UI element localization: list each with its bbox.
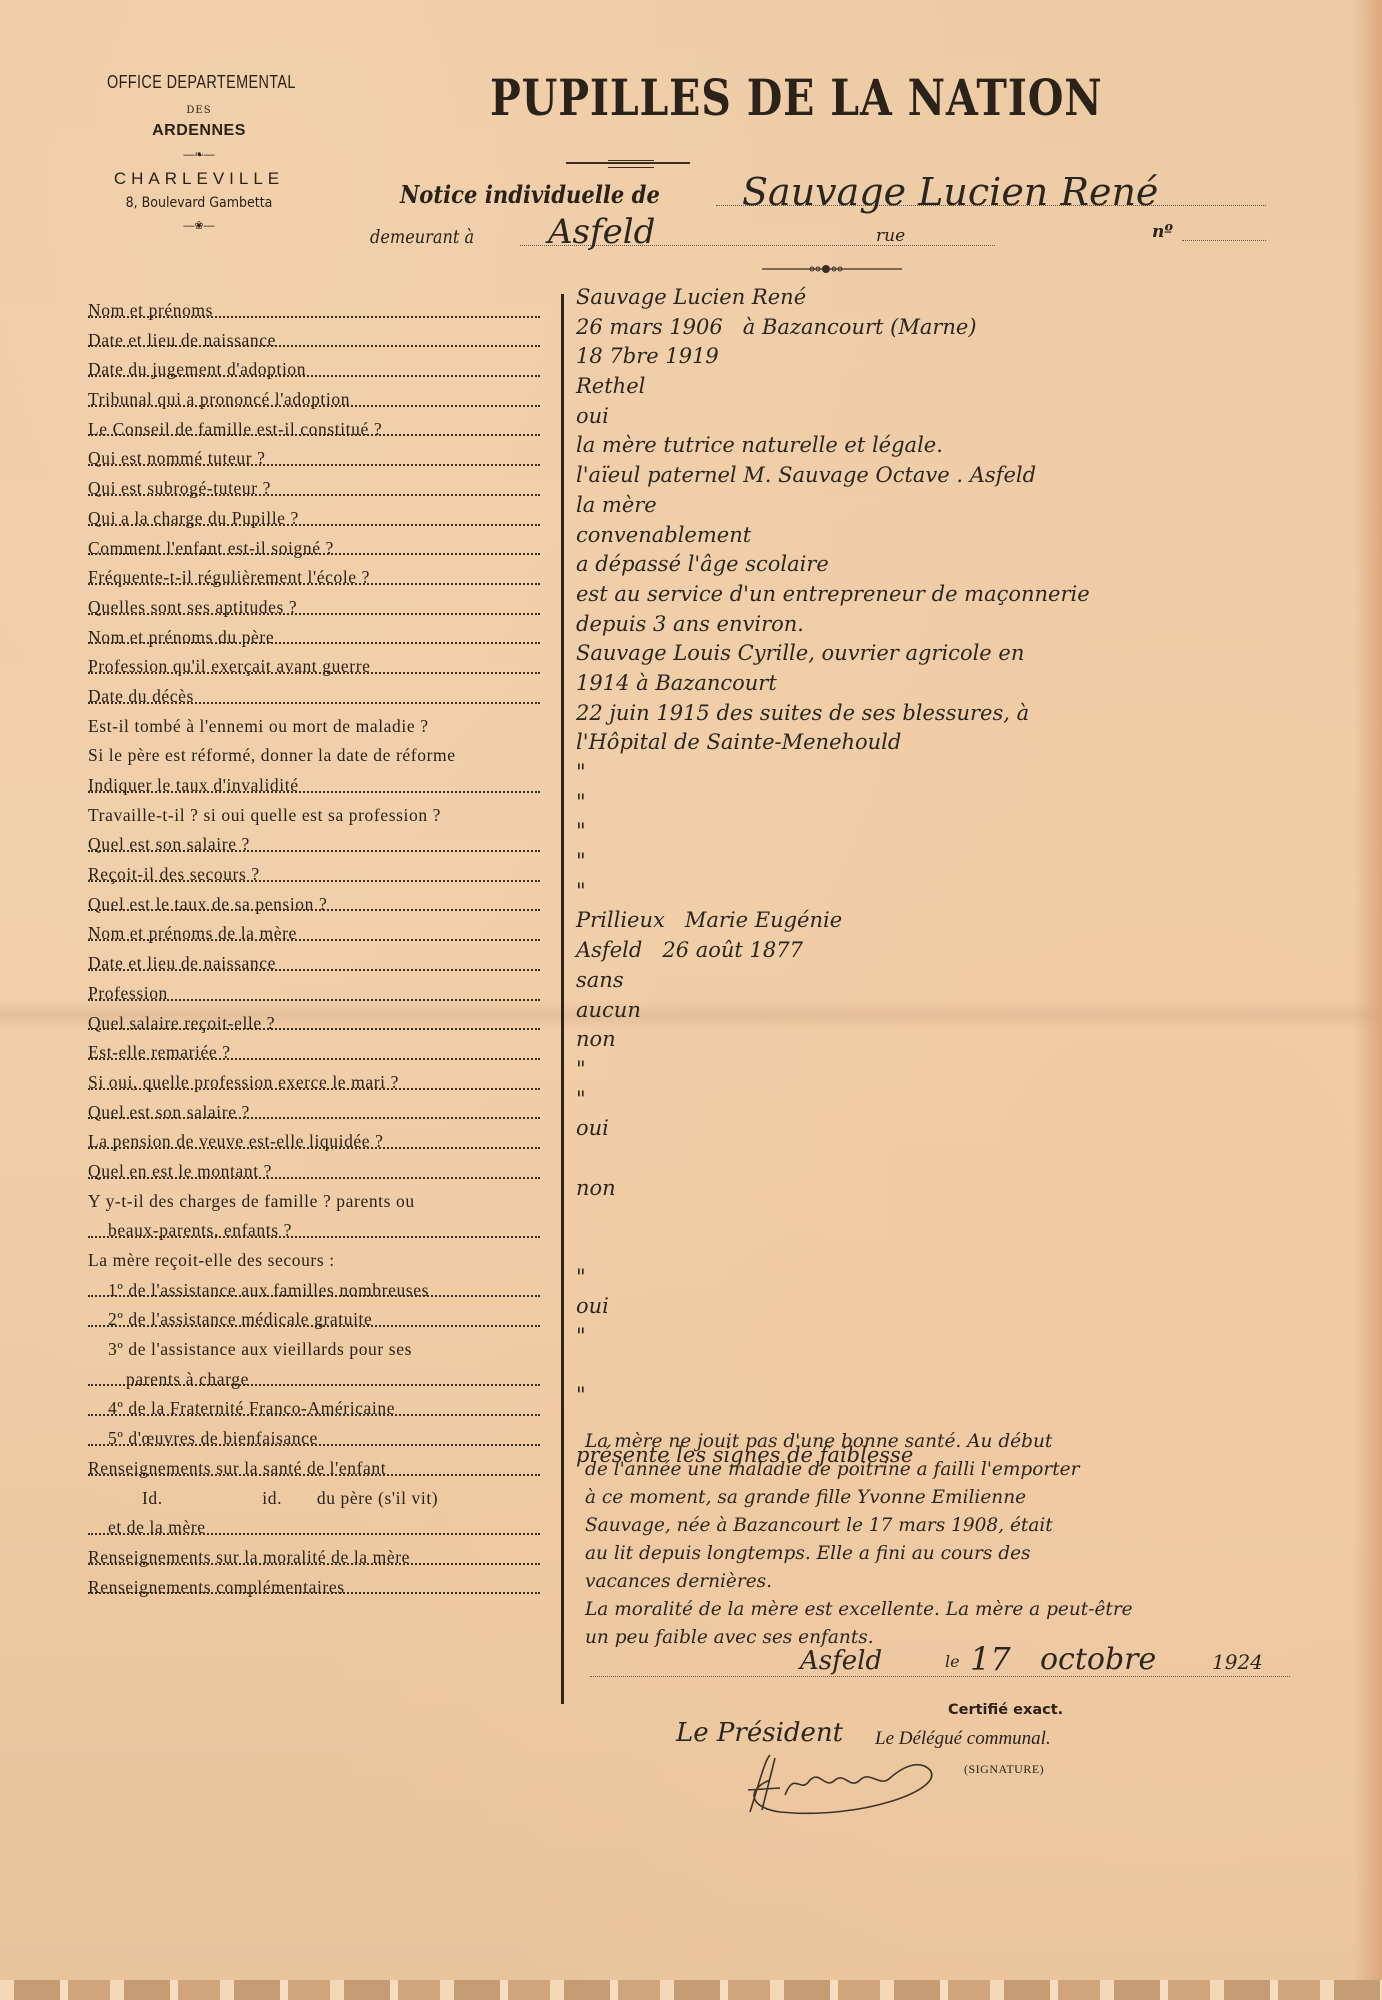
label-text: Id. id. du père (s'il vit) bbox=[142, 1488, 442, 1508]
form-field-answer[interactable]: la mère bbox=[576, 491, 1316, 521]
form-field-answer[interactable]: 26 mars 1906 à Bazancourt (Marne) bbox=[576, 313, 1316, 343]
complementary-notes[interactable]: La mère ne jouit pas d'une bonne santé. … bbox=[585, 1428, 1345, 1652]
form-field-label: Id. id. du père (s'il vit) bbox=[88, 1484, 540, 1514]
label-text: Nom et prénoms du père bbox=[88, 627, 278, 647]
complementary-line: à ce moment, sa grande fille Yvonne Emil… bbox=[585, 1484, 1345, 1512]
form-field-label: beaux-parents, enfants ? bbox=[88, 1216, 540, 1246]
form-field-label: Fréquente-t-il régulièrement l'école ? bbox=[88, 563, 540, 593]
form-field-label: 4º de la Fraternité Franco-Américaine bbox=[88, 1394, 540, 1424]
label-text: Indiquer le taux d'invalidité bbox=[88, 775, 303, 795]
form-labels: Nom et prénomsDate et lieu de naissanceD… bbox=[88, 296, 540, 1602]
complementary-line: de l'année une maladie de poitrine a fai… bbox=[585, 1456, 1345, 1484]
notice-label: Notice individuelle de bbox=[400, 180, 660, 209]
form-field-label: Si le père est réformé, donner la date d… bbox=[88, 741, 540, 771]
label-text: parents à charge bbox=[126, 1369, 253, 1389]
form-field-answer[interactable]: est au service d'un entrepreneur de maço… bbox=[576, 580, 1316, 610]
form-field-answer[interactable]: " bbox=[576, 1055, 1316, 1085]
form-field-answer[interactable]: " bbox=[576, 847, 1316, 877]
form-field-answer[interactable]: a dépassé l'âge scolaire bbox=[576, 550, 1316, 580]
form-field-label: Le Conseil de famille est-il constitué ? bbox=[88, 415, 540, 445]
label-text: Quelles sont ses aptitudes ? bbox=[88, 597, 301, 617]
form-field-label: Renseignements sur la santé de l'enfant bbox=[88, 1454, 540, 1484]
label-text: beaux-parents, enfants ? bbox=[108, 1220, 296, 1240]
label-text: Quel est son salaire ? bbox=[88, 834, 254, 854]
form-field-label: Quel en est le montant ? bbox=[88, 1157, 540, 1187]
label-text: Profession bbox=[88, 983, 172, 1003]
label-text: Qui a la charge du Pupille ? bbox=[88, 508, 303, 528]
form-field-label: Date et lieu de naissance bbox=[88, 326, 540, 356]
form-field-label: Date du jugement d'adoption bbox=[88, 355, 540, 385]
numero-field-line bbox=[1182, 240, 1266, 241]
label-text: Quel est son salaire ? bbox=[88, 1102, 254, 1122]
office-des: DES bbox=[84, 105, 314, 116]
label-text: Comment l'enfant est-il soigné ? bbox=[88, 538, 338, 558]
form-field-answer[interactable]: la mère tutrice naturelle et légale. bbox=[576, 431, 1316, 461]
label-text: Date et lieu de naissance bbox=[88, 330, 280, 350]
label-text: Qui est nommé tuteur ? bbox=[88, 448, 269, 468]
form-field-answer[interactable]: depuis 3 ans environ. bbox=[576, 610, 1316, 640]
form-field-label: Nom et prénoms du père bbox=[88, 623, 540, 653]
form-field-answer[interactable]: aucun bbox=[576, 996, 1316, 1026]
form-field-answer[interactable]: Sauvage Louis Cyrille, ouvrier agricole … bbox=[576, 639, 1316, 669]
form-field-answer[interactable]: Asfeld 26 août 1877 bbox=[576, 936, 1316, 966]
ornament-icon: —❀— bbox=[84, 219, 314, 232]
president-signature-title: Le Président bbox=[676, 1718, 843, 1748]
complementary-line: vacances dernières. bbox=[585, 1568, 1345, 1596]
form-field-answer[interactable]: " bbox=[576, 1322, 1316, 1352]
label-text: 1º de l'assistance aux familles nombreus… bbox=[108, 1280, 433, 1300]
form-field-label: Renseignements sur la moralité de la mèr… bbox=[88, 1543, 540, 1573]
form-field-answer[interactable]: non bbox=[576, 1174, 1316, 1204]
date-field-line bbox=[590, 1676, 1290, 1677]
label-text: 4º de la Fraternité Franco-Américaine bbox=[108, 1398, 399, 1418]
title-divider-knot bbox=[608, 160, 654, 168]
form-field-label: La mère reçoit-elle des secours : bbox=[88, 1246, 540, 1276]
form-field-answer[interactable] bbox=[576, 1352, 1316, 1382]
signature-label: (SIGNATURE) bbox=[964, 1762, 1044, 1777]
form-field-label: Tribunal qui a prononcé l'adoption bbox=[88, 385, 540, 415]
certified-label: Certifié exact. bbox=[948, 1702, 1063, 1718]
form-field-answer[interactable]: " bbox=[576, 1381, 1316, 1411]
form-field-label: Comment l'enfant est-il soigné ? bbox=[88, 534, 540, 564]
column-divider bbox=[561, 294, 564, 1704]
complementary-line: un peu faible avec ses enfants. bbox=[585, 1624, 1345, 1652]
form-field-answer[interactable]: " bbox=[576, 758, 1316, 788]
form-field-answer[interactable]: non bbox=[576, 1025, 1316, 1055]
label-text: La mère reçoit-elle des secours : bbox=[88, 1250, 339, 1270]
label-text: Tribunal qui a prononcé l'adoption bbox=[88, 389, 354, 409]
office-name: OFFICE DEPARTEMENTAL bbox=[107, 72, 291, 93]
form-field-answer[interactable]: oui bbox=[576, 1114, 1316, 1144]
form-field-answer[interactable] bbox=[576, 1233, 1316, 1263]
demeurant-city-field[interactable]: Asfeld bbox=[548, 212, 655, 252]
label-text: La pension de veuve est-elle liquidée ? bbox=[88, 1131, 388, 1151]
label-text: Renseignements sur la santé de l'enfant bbox=[88, 1458, 390, 1478]
form-field-answer[interactable]: Sauvage Lucien René bbox=[576, 283, 1316, 313]
label-text: Nom et prénoms bbox=[88, 300, 217, 320]
label-text: Y y-t-il des charges de famille ? parent… bbox=[88, 1191, 419, 1211]
form-field-answer[interactable]: sans bbox=[576, 966, 1316, 996]
demeurant-label: demeurant à bbox=[370, 226, 474, 248]
label-text: Date du jugement d'adoption bbox=[88, 359, 310, 379]
label-text: Date et lieu de naissance bbox=[88, 953, 280, 973]
form-field-label: Quel salaire reçoit-elle ? bbox=[88, 1009, 540, 1039]
label-text: Renseignements sur la moralité de la mèr… bbox=[88, 1547, 414, 1567]
form-field-label: Qui est subrogé-tuteur ? bbox=[88, 474, 540, 504]
form-field-label: et de la mère bbox=[88, 1513, 540, 1543]
complementary-line: La mère ne jouit pas d'une bonne santé. … bbox=[585, 1428, 1345, 1456]
form-field-label: Profession qu'il exerçait avant guerre bbox=[88, 652, 540, 682]
form-field-label: Quelles sont ses aptitudes ? bbox=[88, 593, 540, 623]
form-field-answer[interactable]: Prillieux Marie Eugénie bbox=[576, 906, 1316, 936]
scan-edge bbox=[0, 1980, 1382, 2000]
form-field-label: Qui a la charge du Pupille ? bbox=[88, 504, 540, 534]
form-field-label: Date et lieu de naissance bbox=[88, 949, 540, 979]
notice-name-field[interactable]: Sauvage Lucien René bbox=[742, 170, 1158, 214]
form-field-answer[interactable]: " bbox=[576, 877, 1316, 907]
ornament-icon: —❧— bbox=[84, 148, 314, 161]
label-text: Le Conseil de famille est-il constitué ? bbox=[88, 419, 386, 439]
form-field-label: La pension de veuve est-elle liquidée ? bbox=[88, 1127, 540, 1157]
delegate-label: Le Délégué communal. bbox=[875, 1728, 1051, 1750]
form-field-label: Profession bbox=[88, 979, 540, 1009]
label-text: 5º d'œuvres de bienfaisance bbox=[108, 1428, 322, 1448]
office-department: ARDENNES bbox=[84, 122, 314, 140]
form-field-label: Nom et prénoms bbox=[88, 296, 540, 326]
form-field-label: Travaille-t-il ? si oui quelle est sa pr… bbox=[88, 801, 540, 831]
form-field-answer[interactable]: oui bbox=[576, 1292, 1316, 1322]
form-field-label: Qui est nommé tuteur ? bbox=[88, 444, 540, 474]
form-field-answer[interactable]: l'Hôpital de Sainte-Menehould bbox=[576, 728, 1316, 758]
form-field-answer[interactable]: " bbox=[576, 817, 1316, 847]
form-field-label: Quel est son salaire ? bbox=[88, 1098, 540, 1128]
label-text: Est-il tombé à l'ennemi ou mort de malad… bbox=[88, 716, 433, 736]
form-field-answer[interactable]: convenablement bbox=[576, 521, 1316, 551]
form-field-answer[interactable]: l'aïeul paternel M. Sauvage Octave . Asf… bbox=[576, 461, 1316, 491]
form-field-answer[interactable]: " bbox=[576, 788, 1316, 818]
label-text: Qui est subrogé-tuteur ? bbox=[88, 478, 275, 498]
form-field-label: Nom et prénoms de la mère bbox=[88, 919, 540, 949]
label-text: 3º de l'assistance aux vieillards pour s… bbox=[108, 1339, 416, 1359]
form-field-answer[interactable]: " bbox=[576, 1085, 1316, 1115]
label-text: et de la mère bbox=[108, 1517, 210, 1537]
complementary-line: Sauvage, née à Bazancourt le 17 mars 190… bbox=[585, 1512, 1345, 1540]
label-text: Si oui, quelle profession exerce le mari… bbox=[88, 1072, 403, 1092]
label-text: Fréquente-t-il régulièrement l'école ? bbox=[88, 567, 374, 587]
form-field-label: Reçoit-il des secours ? bbox=[88, 860, 540, 890]
label-text: Travaille-t-il ? si oui quelle est sa pr… bbox=[88, 805, 445, 825]
office-address: 8, Boulevard Gambetta bbox=[84, 195, 314, 211]
date-day[interactable]: 17 bbox=[970, 1640, 1011, 1678]
form-field-label: parents à charge bbox=[88, 1365, 540, 1395]
paper-edge bbox=[1354, 0, 1382, 2000]
office-city: CHARLEVILLE bbox=[84, 169, 314, 189]
form-field-answer[interactable]: " bbox=[576, 1263, 1316, 1293]
date-year[interactable]: 1924 bbox=[1212, 1650, 1263, 1674]
rue-label: rue bbox=[876, 226, 905, 246]
ornament-divider-icon bbox=[762, 262, 902, 276]
complementary-line: au lit depuis longtemps. Elle a fini au … bbox=[585, 1540, 1345, 1568]
form-field-label: Quel est le taux de sa pension ? bbox=[88, 890, 540, 920]
label-text: Nom et prénoms de la mère bbox=[88, 923, 301, 943]
form-field-label: Quel est son salaire ? bbox=[88, 830, 540, 860]
date-place[interactable]: Asfeld bbox=[800, 1646, 882, 1676]
label-text: Quel salaire reçoit-elle ? bbox=[88, 1013, 279, 1033]
label-text: Date du décès bbox=[88, 686, 198, 706]
complementary-line: La moralité de la mère est excellente. L… bbox=[585, 1596, 1345, 1624]
label-text: Renseignements complémentaires bbox=[88, 1577, 349, 1597]
label-text: Quel est le taux de sa pension ? bbox=[88, 894, 331, 914]
form-field-answer[interactable] bbox=[576, 1203, 1316, 1233]
date-le: le bbox=[945, 1652, 960, 1671]
numero-label: nº bbox=[1152, 222, 1173, 242]
form-field-answer[interactable]: Rethel bbox=[576, 372, 1316, 402]
form-field-label: 1º de l'assistance aux familles nombreus… bbox=[88, 1276, 540, 1306]
label-text: Si le père est réformé, donner la date d… bbox=[88, 745, 460, 765]
date-month[interactable]: octobre bbox=[1040, 1642, 1156, 1677]
form-field-answer[interactable] bbox=[576, 1144, 1316, 1174]
label-text: Profession qu'il exerçait avant guerre bbox=[88, 656, 375, 676]
form-field-answer[interactable]: 22 juin 1915 des suites de ses blessures… bbox=[576, 699, 1316, 729]
form-field-label: Y y-t-il des charges de famille ? parent… bbox=[88, 1187, 540, 1217]
label-text: Est-elle remariée ? bbox=[88, 1042, 235, 1062]
form-field-label: 2º de l'assistance médicale gratuite bbox=[88, 1305, 540, 1335]
form-field-label: Indiquer le taux d'invalidité bbox=[88, 771, 540, 801]
label-text: Quel en est le montant ? bbox=[88, 1161, 276, 1181]
label-text: Reçoit-il des secours ? bbox=[88, 864, 264, 884]
form-field-label: 5º d'œuvres de bienfaisance bbox=[88, 1424, 540, 1454]
form-field-answer[interactable]: oui bbox=[576, 402, 1316, 432]
form-field-label: Date du décès bbox=[88, 682, 540, 712]
form-field-label: 3º de l'assistance aux vieillards pour s… bbox=[88, 1335, 540, 1365]
form-field-label: Est-elle remariée ? bbox=[88, 1038, 540, 1068]
form-field-answer[interactable]: 18 7bre 1919 bbox=[576, 342, 1316, 372]
label-text: 2º de l'assistance médicale gratuite bbox=[108, 1309, 376, 1329]
signature-scribble-icon[interactable] bbox=[740, 1750, 970, 1820]
form-answers: Sauvage Lucien René26 mars 1906 à Bazanc… bbox=[576, 283, 1316, 1589]
form-field-label: Est-il tombé à l'ennemi ou mort de malad… bbox=[88, 712, 540, 742]
form-field-label: Renseignements complémentaires bbox=[88, 1573, 540, 1603]
form-field-label: Si oui, quelle profession exerce le mari… bbox=[88, 1068, 540, 1098]
document-title: PUPILLES DE LA NATION bbox=[490, 68, 1103, 127]
form-field-answer[interactable]: 1914 à Bazancourt bbox=[576, 669, 1316, 699]
office-header: OFFICE DEPARTEMENTAL DES ARDENNES —❧— CH… bbox=[84, 72, 314, 232]
